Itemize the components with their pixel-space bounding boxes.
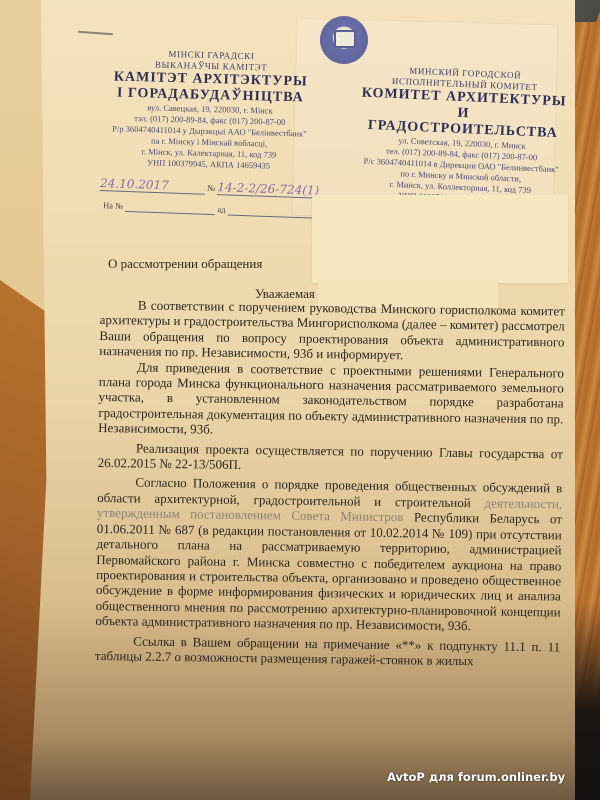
watermark: AvtoP для forum.onliner.by (387, 770, 565, 784)
paragraph-4: Согласно Положения о порядке проведения … (95, 474, 562, 635)
subject-line: О рассмотрении обращения (108, 256, 262, 272)
ref-label: На № (103, 200, 123, 211)
paragraph-4-end: Республики Беларусь от 01.06.2011 № 687 … (95, 510, 562, 634)
letterhead-right: МИНСКИЙ ГОРОДСКОЙ ИСПОЛНИТЕЛЬНЫЙ КОМИТЕТ… (357, 64, 568, 209)
paragraph-5: Ссылка в Вашем обращении на примечание «… (95, 632, 560, 669)
ref-from-label: ад (217, 204, 225, 214)
paragraph-1: В соответствии с поручением руководства … (99, 297, 565, 365)
handwritten-date: 24.10.2017 (100, 176, 169, 192)
handwritten-number: 14-2-2/26-724(1) (217, 180, 319, 198)
letterhead-left: МІНСКІ ГАРАДСКІ ВЫКАНАЎЧЫ КАМІТЭТ КАМІТЭ… (93, 47, 326, 173)
paragraph-2: Для приведения в соответствие с проектны… (98, 359, 564, 443)
paragraph-3: Реализация проекта осуществляется по пор… (98, 440, 563, 477)
sticky-note (312, 195, 568, 283)
number-label: № (207, 183, 215, 193)
coat-of-arms-icon (320, 16, 368, 64)
letter-body: В соответствии с поручением руководства … (95, 297, 565, 670)
emblem-map-icon (334, 30, 356, 48)
